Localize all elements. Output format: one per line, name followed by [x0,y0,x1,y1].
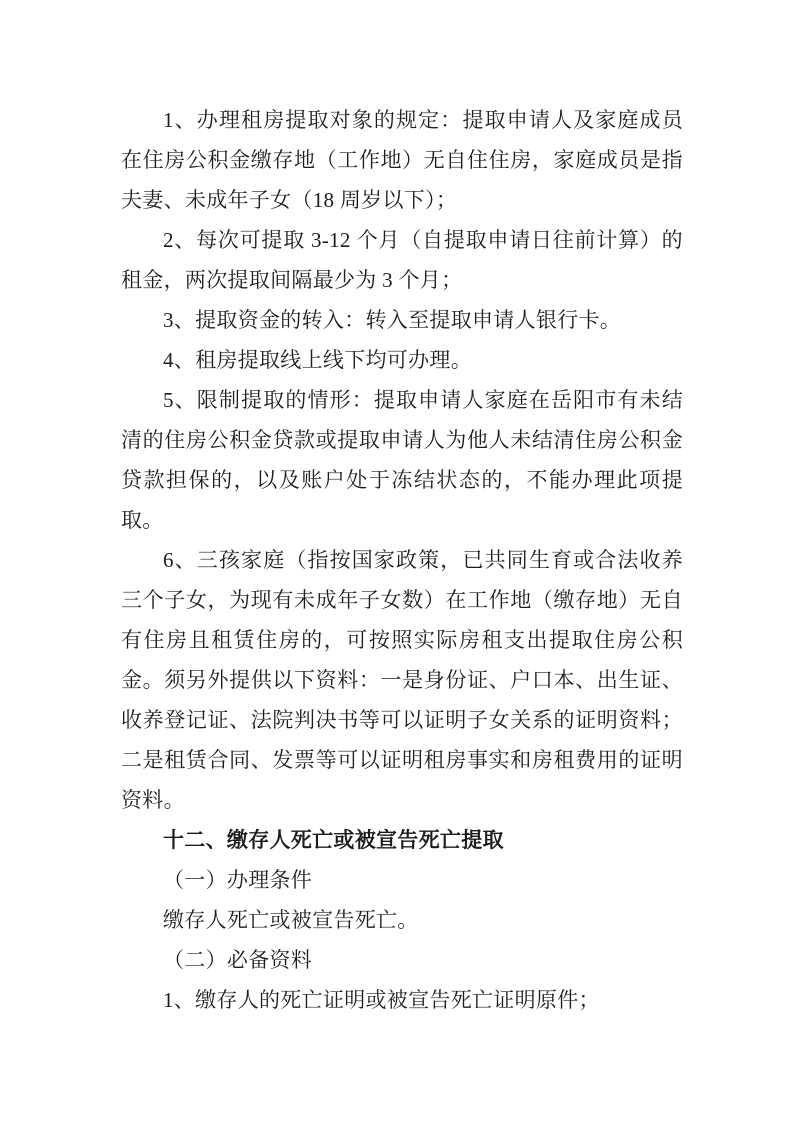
document-page: 1、办理租房提取对象的规定：提取申请人及家庭成员在住房公积金缴存地（工作地）无自… [0,0,794,1122]
paragraph: 6、三孩家庭（指按国家政策，已共同生育或合法收养三个子女，为现有未成年子女数）在… [121,540,683,820]
paragraph: 2、每次可提取 3-12 个月（自提取申请日往前计算）的租金，两次提取间隔最少为… [121,220,683,300]
document-body: 1、办理租房提取对象的规定：提取申请人及家庭成员在住房公积金缴存地（工作地）无自… [121,100,683,1020]
paragraph: （二）必备资料 [121,940,683,980]
section-heading: 十二、缴存人死亡或被宣告死亡提取 [121,820,683,860]
paragraph: 3、提取资金的转入：转入至提取申请人银行卡。 [121,300,683,340]
paragraph: 1、办理租房提取对象的规定：提取申请人及家庭成员在住房公积金缴存地（工作地）无自… [121,100,683,220]
paragraph: 5、限制提取的情形：提取申请人家庭在岳阳市有未结清的住房公积金贷款或提取申请人为… [121,380,683,540]
paragraph: 缴存人死亡或被宣告死亡。 [121,900,683,940]
paragraph: （一）办理条件 [121,860,683,900]
paragraph: 4、租房提取线上线下均可办理。 [121,340,683,380]
paragraph: 1、缴存人的死亡证明或被宣告死亡证明原件； [121,980,683,1020]
